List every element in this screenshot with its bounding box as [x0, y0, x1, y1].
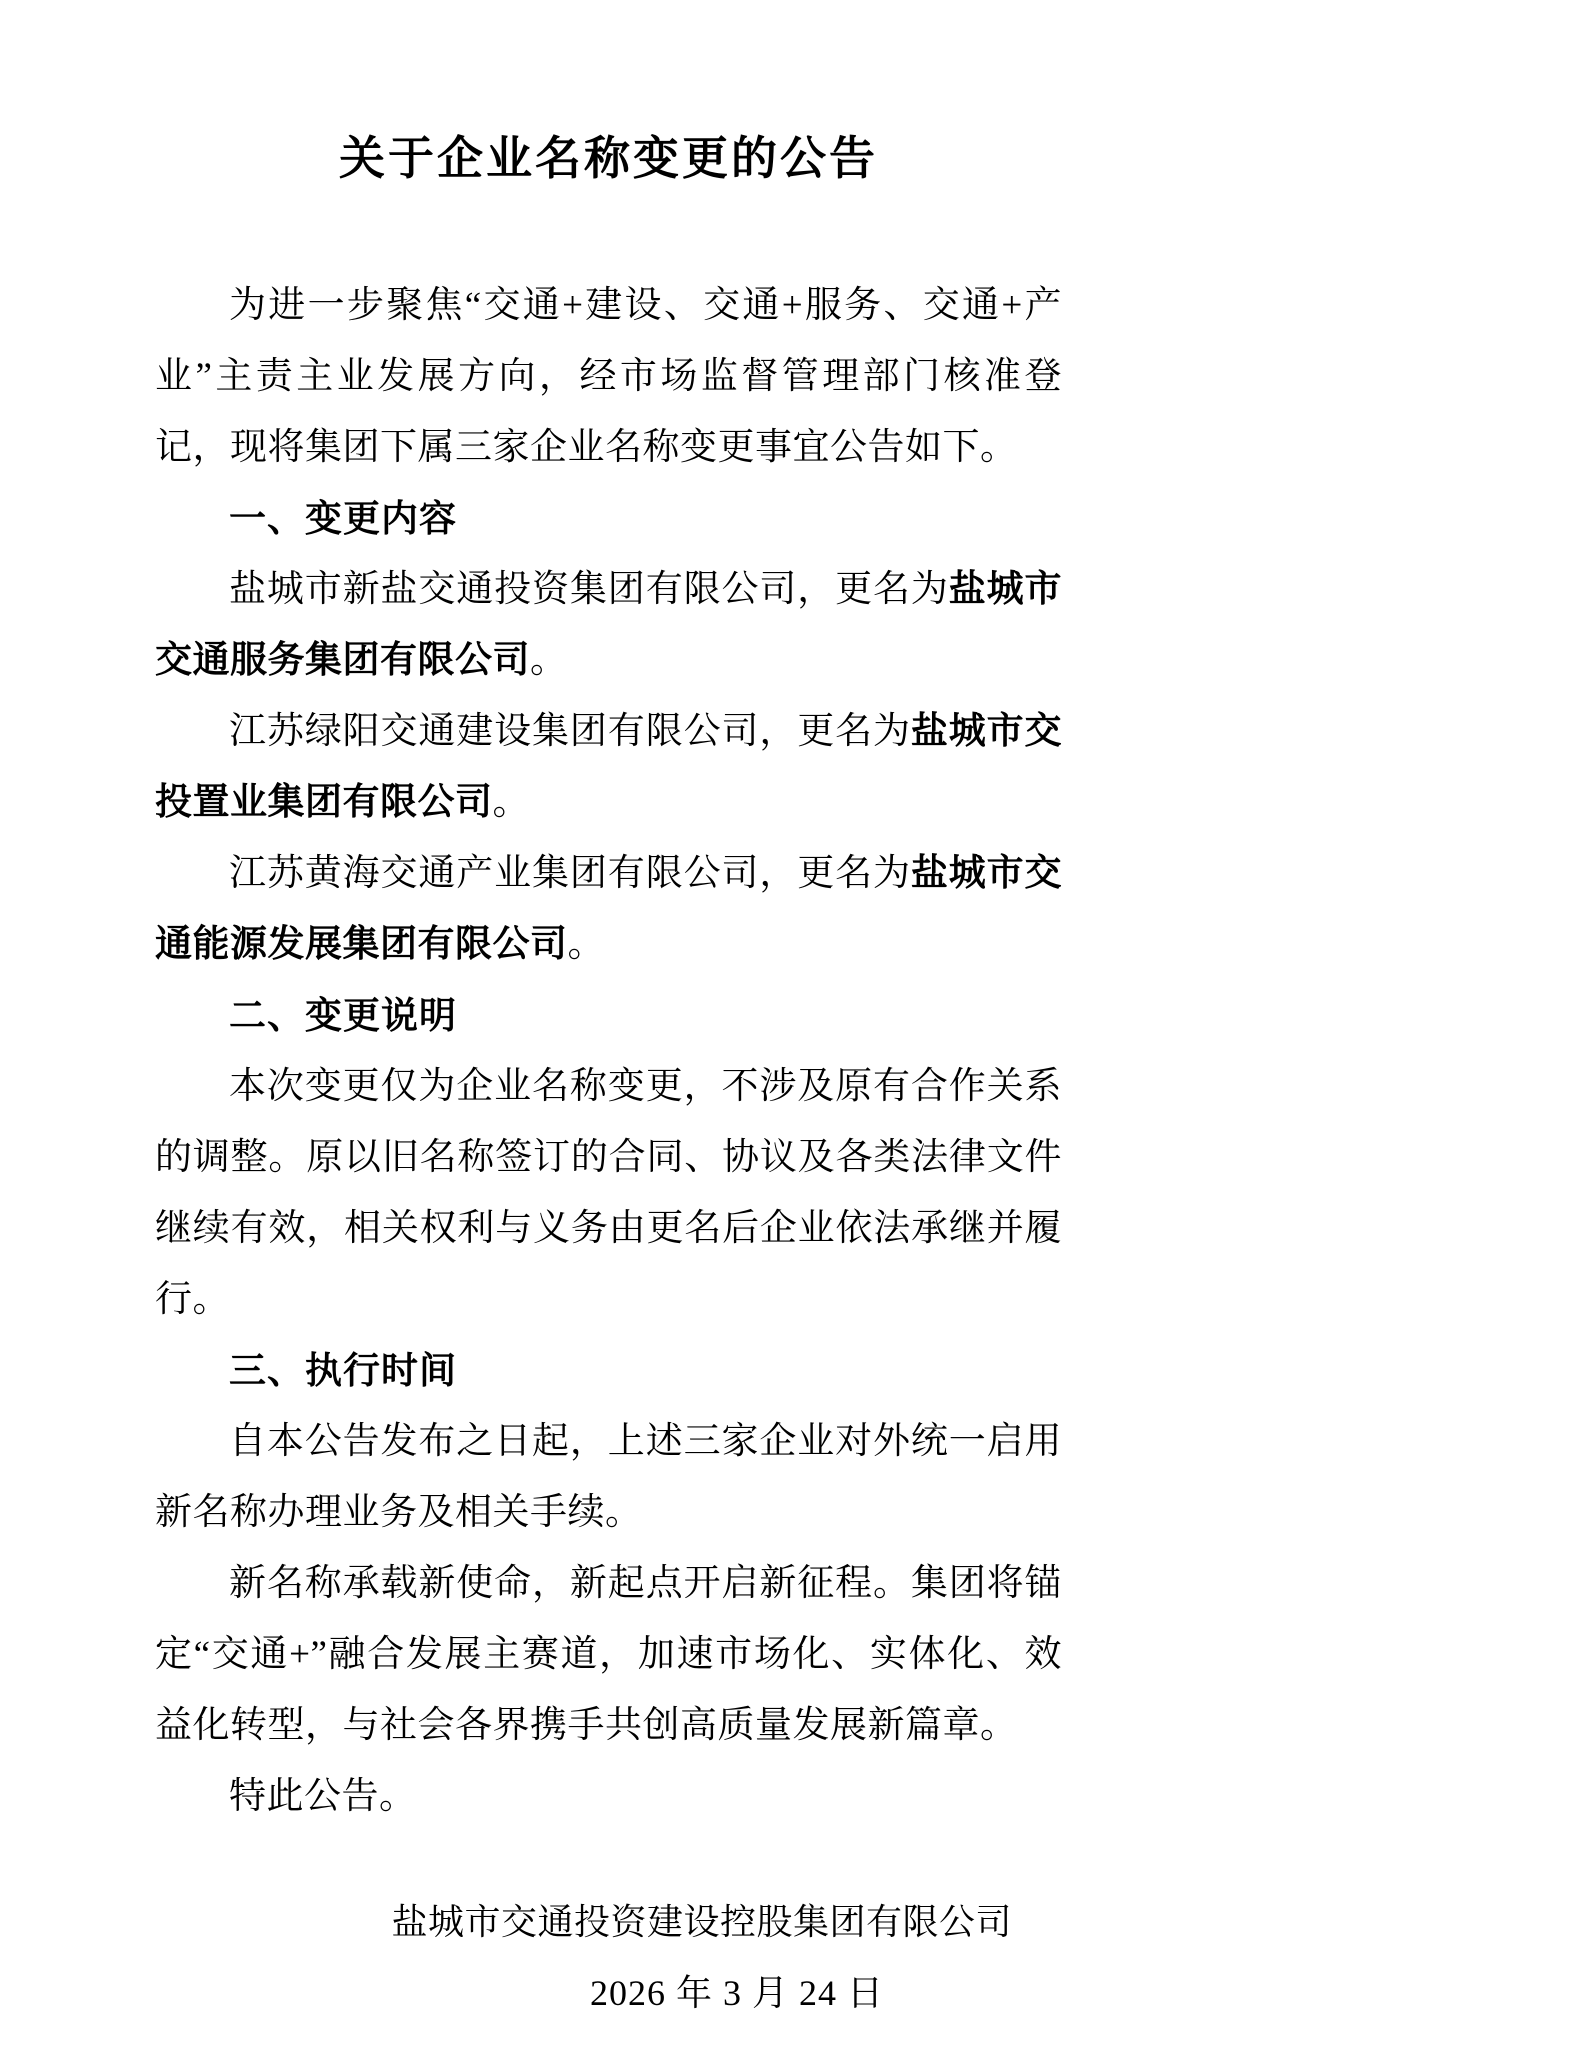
closing-statement: 特此公告。	[155, 1761, 1062, 1832]
name-change-item: 江苏绿阳交通建设集团有限公司，更名为盐城市交投置业集团有限公司。	[155, 696, 1062, 838]
signature-date: 2026 年 3 月 24 日	[155, 1958, 1062, 2029]
document-page: 关于企业名称变更的公告 为进一步聚焦“交通+建设、交通+服务、交通+产业”主责主…	[0, 0, 1587, 2060]
name-change-item: 江苏黄海交通产业集团有限公司，更名为盐城市交通能源发展集团有限公司。	[155, 838, 1062, 980]
old-name-text: 盐城市新盐交通投资集团有限公司，更名为	[229, 569, 949, 610]
signature-company: 盐城市交通投资建设控股集团有限公司	[155, 1887, 1062, 1958]
signature-block: 盐城市交通投资建设控股集团有限公司 2026 年 3 月 24 日	[155, 1887, 1062, 2029]
sentence-end: 。	[493, 782, 531, 823]
section-3-heading: 三、执行时间	[155, 1335, 1062, 1406]
sentence-end: 。	[568, 924, 606, 965]
name-change-item: 盐城市新盐交通投资集团有限公司，更名为盐城市交通服务集团有限公司。	[155, 554, 1062, 696]
sentence-end: 。	[530, 640, 568, 681]
document-content: 关于企业名称变更的公告 为进一步聚焦“交通+建设、交通+服务、交通+产业”主责主…	[155, 0, 1062, 2029]
section-3-paragraph-2: 新名称承载新使命，新起点开启新征程。集团将锚定“交通+”融合发展主赛道，加速市场…	[155, 1548, 1062, 1761]
page-title: 关于企业名称变更的公告	[155, 0, 1062, 190]
section-3-paragraph-1: 自本公告发布之日起，上述三家企业对外统一启用新名称办理业务及相关手续。	[155, 1406, 1062, 1548]
section-2-paragraph: 本次变更仅为企业名称变更，不涉及原有合作关系的调整。原以旧名称签订的合同、协议及…	[155, 1051, 1062, 1335]
section-2-heading: 二、变更说明	[155, 980, 1062, 1051]
old-name-text: 江苏黄海交通产业集团有限公司，更名为	[229, 853, 911, 894]
old-name-text: 江苏绿阳交通建设集团有限公司，更名为	[229, 711, 911, 752]
section-1-heading: 一、变更内容	[155, 483, 1062, 554]
intro-paragraph: 为进一步聚焦“交通+建设、交通+服务、交通+产业”主责主业发展方向，经市场监督管…	[155, 270, 1062, 483]
